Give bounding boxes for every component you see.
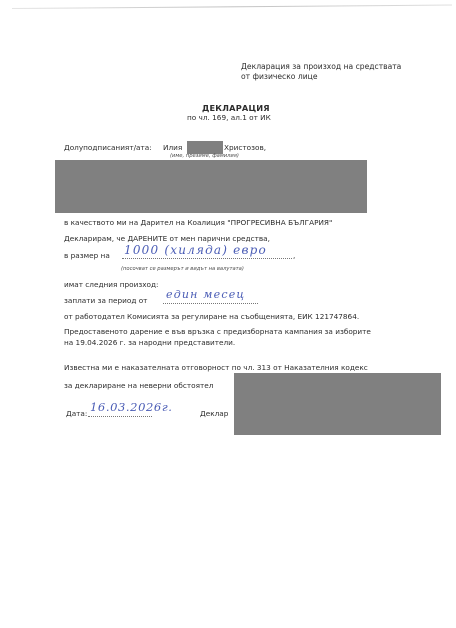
signatory-label: Долуподписаният/ата: [64, 144, 152, 151]
scan-edge-line [12, 5, 452, 9]
liability-line-2: за деклариране на неверни обстоятел [64, 382, 213, 389]
period-handwritten: един месец [166, 289, 245, 300]
amount-hint: (посочват се размерът и видът на валутат… [121, 267, 244, 272]
amount-label: в размер на [64, 252, 110, 259]
signatory-hint: (име, презиме, фамилия) [170, 154, 239, 159]
employer-text: от работодател Комисията за регулиране н… [64, 313, 359, 320]
date-label: Дата: [66, 410, 87, 417]
campaign-line-1: Предоставеното дарение е във връзка с пр… [64, 328, 371, 335]
date-handwritten: 16.03.2026г. [90, 402, 173, 414]
origin-label: имат следния произход: [64, 281, 159, 288]
amount-trailing-comma: , [293, 252, 295, 259]
campaign-line-2: на 19.04.2026 г. за народни представител… [64, 339, 235, 346]
signatory-last-name: Христозов, [224, 144, 266, 151]
donor-role-text: в качеството ми на Дарител на Коалиция "… [64, 219, 332, 226]
date-dotted-line [88, 416, 152, 417]
header-line-2: от физическо лице [241, 73, 318, 81]
declare-text: Декларирам, че ДАРЕНИТЕ от мен парични с… [64, 235, 270, 242]
page-subtitle: по чл. 169, ал.1 от ИК [187, 114, 271, 121]
liability-line-1: Известна ми е наказателната отговорност … [64, 364, 368, 371]
declarant-label: Деклар [200, 410, 228, 417]
amount-handwritten: 1000 (хиляда) евро [124, 244, 267, 256]
redaction-signature [234, 373, 441, 435]
period-label: заплати за период от [64, 297, 147, 304]
period-dotted-line [163, 303, 258, 304]
amount-dotted-line [122, 258, 292, 259]
header-line-1: Декларация за произход на средствата [241, 63, 401, 71]
page-title: ДЕКЛАРАЦИЯ [202, 104, 270, 112]
redaction-personal-data [55, 160, 367, 213]
